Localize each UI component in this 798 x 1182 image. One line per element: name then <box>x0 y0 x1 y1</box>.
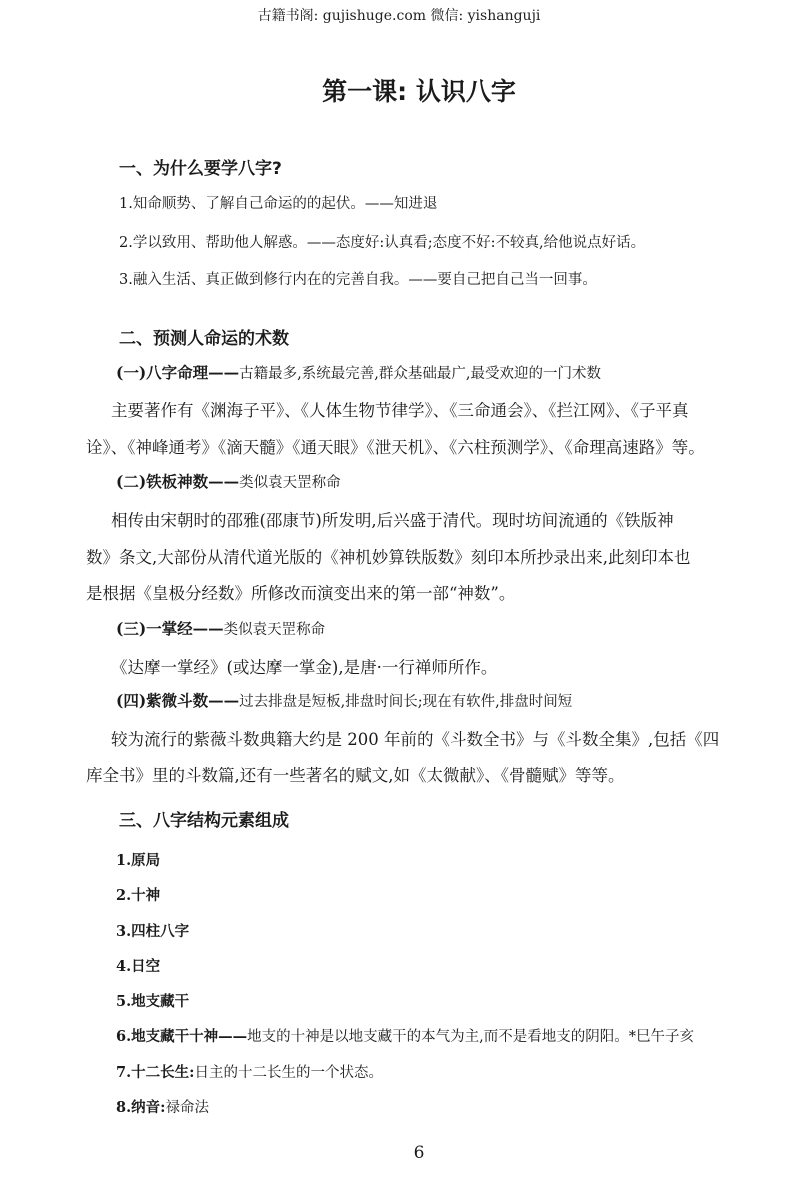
section3-heading: 三、八字结构元素组成 <box>119 806 289 831</box>
subsection-desc: 古籍最多,系统最完善,群众基础最广,最受欢迎的一门术数 <box>239 366 601 382</box>
paragraph-line: 数》条文,大部份从清代道光版的《神机妙算铁版数》刻印本所抄录出来,此刻印本也 <box>86 544 691 568</box>
element-item: 1.原局 <box>116 849 160 870</box>
element-item: 4.日空 <box>116 955 160 976</box>
paragraph-line: 库全书》里的斗数篇,还有一些著名的赋文,如《太微献》、《骨髓赋》等等。 <box>86 762 625 786</box>
subsection-tieban: (二)铁板神数——类似袁天罡称命 <box>116 470 341 492</box>
section2-heading: 二、预测人命运的术数 <box>119 324 289 349</box>
page-title: 第一课: 认识八字 <box>0 72 798 108</box>
element-item: 7.十二长生:日主的十二长生的一个状态。 <box>116 1061 383 1082</box>
subsection-title: (三)一掌经—— <box>116 619 224 638</box>
paragraph-line: 诠》、《神峰通考》《滴天髓》《通天眼》《泄天机》、《六柱预测学》、《命理高速路》… <box>86 434 705 458</box>
subsection-title: (四)紫微斗数—— <box>116 691 239 710</box>
paragraph-line: 《达摩一掌经》(或达摩一掌金),是唐·一行禅师所作。 <box>111 654 497 678</box>
subsection-desc: 类似袁天罡称命 <box>239 475 341 491</box>
element-item: 2.十神 <box>116 884 160 905</box>
watermark: 古籍书阁: gujishuge.com 微信: yishanguji <box>0 5 798 25</box>
subsection-bazi: (一)八字命理——古籍最多,系统最完善,群众基础最广,最受欢迎的一门术数 <box>116 361 601 383</box>
paragraph-line: 主要著作有《渊海子平》、《人体生物节律学》、《三命通会》、《拦江网》、《子平真 <box>111 397 689 421</box>
subsection-ziwei: (四)紫微斗数——过去排盘是短板,排盘时间长;现在有软件,排盘时间短 <box>116 689 572 711</box>
subsection-title: (一)八字命理—— <box>116 363 239 382</box>
subsection-desc: 类似袁天罡称命 <box>224 622 326 638</box>
subsection-desc: 过去排盘是短板,排盘时间长;现在有软件,排盘时间短 <box>239 694 572 710</box>
section1-heading: 一、为什么要学八字? <box>119 154 282 179</box>
section1-item-2: 2.学以致用、帮助他人解惑。——态度好:认真看;态度不好:不较真,给他说点好话。 <box>119 231 645 252</box>
paragraph-line: 相传由宋朝时的邵雅(邵康节)所发明,后兴盛于清代。现时坊间流通的《铁版神 <box>111 507 674 531</box>
subsection-title: (二)铁板神数—— <box>116 472 239 491</box>
element-item: 3.四柱八字 <box>116 920 189 941</box>
paragraph-line: 较为流行的紫薇斗数典籍大约是 200 年前的《斗数全书》与《斗数全集》,包括《四 <box>111 726 719 750</box>
element-item: 5.地支藏干 <box>116 990 189 1011</box>
element-item: 6.地支藏干十神——地支的十神是以地支藏干的本气为主,而不是看地支的阴阳。*巳午… <box>116 1025 694 1046</box>
subsection-yizhangjing: (三)一掌经——类似袁天罡称命 <box>116 617 325 639</box>
section1-item-1: 1.知命顺势、了解自己命运的的起伏。——知进退 <box>119 192 437 213</box>
section1-item-3: 3.融入生活、真正做到修行内在的完善自我。——要自己把自己当一回事。 <box>119 268 597 289</box>
page-number: 6 <box>0 1143 798 1163</box>
element-item: 8.纳音:禄命法 <box>116 1096 209 1117</box>
paragraph-line: 是根据《皇极分经数》所修改而演变出来的第一部“神数”。 <box>86 580 515 604</box>
